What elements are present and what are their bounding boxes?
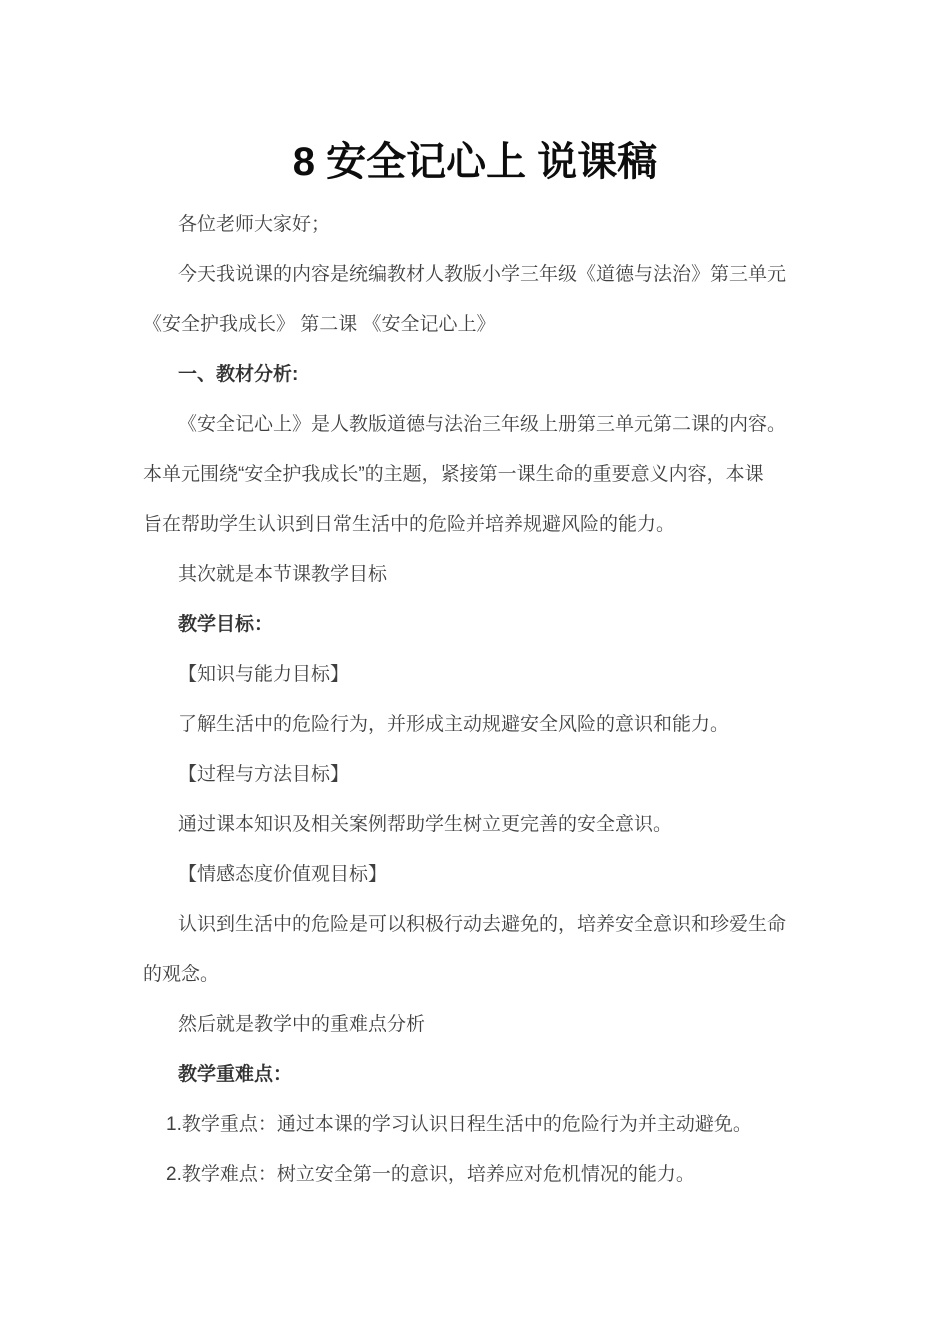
text-line-method-goal: 通过课本知识及相关案例帮助学生树立更完善的安全意识。: [143, 800, 808, 850]
text-line-difficult-point: 2.教学难点：树立安全第一的意识，培养应对危机情况的能力。: [143, 1150, 808, 1200]
text-line-goals-lead: 其次就是本节课教学目标: [143, 550, 808, 600]
text-line-analysis-3: 旨在帮助学生认识到日常生活中的危险并培养规避风险的能力。: [143, 500, 808, 550]
text-line-greeting: 各位老师大家好；: [143, 200, 808, 250]
text-line-method-goal-tag: 【过程与方法目标】: [143, 750, 808, 800]
document-title: 8 安全记心上 说课稿: [0, 134, 950, 190]
text-line-intro-wrap: 《安全护我成长》 第二课 《安全记心上》: [143, 300, 808, 350]
text-line-intro: 今天我说课的内容是统编教材人教版小学三年级《道德与法治》第三单元: [143, 250, 808, 300]
text-line-knowledge-goal: 了解生活中的危险行为，并形成主动规避安全风险的意识和能力。: [143, 700, 808, 750]
text-line-emotion-goal-tag: 【情感态度价值观目标】: [143, 850, 808, 900]
text-line-knowledge-goal-tag: 【知识与能力目标】: [143, 650, 808, 700]
text-line-emotion-goal-2: 的观念。: [143, 950, 808, 1000]
text-line-difficulty-lead: 然后就是教学中的重难点分析: [143, 1000, 808, 1050]
document-body: 各位老师大家好； 今天我说课的内容是统编教材人教版小学三年级《道德与法治》第三单…: [143, 200, 808, 1200]
heading-key-difficulties: 教学重难点：: [143, 1050, 808, 1100]
text-line-analysis-1: 《安全记心上》是人教版道德与法治三年级上册第三单元第二课的内容。: [143, 400, 808, 450]
heading-textbook-analysis: 一、教材分析:: [143, 350, 808, 400]
text-line-emotion-goal-1: 认识到生活中的危险是可以积极行动去避免的，培养安全意识和珍爱生命: [143, 900, 808, 950]
text-line-key-point: 1.教学重点：通过本课的学习认识日程生活中的危险行为并主动避免。: [143, 1100, 808, 1150]
document-page: 8 安全记心上 说课稿 各位老师大家好； 今天我说课的内容是统编教材人教版小学三…: [0, 0, 950, 1344]
heading-teaching-goals: 教学目标：: [143, 600, 808, 650]
text-line-analysis-2: 本单元围绕“安全护我成长”的主题，紧接第一课生命的重要意义内容，本课: [143, 450, 808, 500]
